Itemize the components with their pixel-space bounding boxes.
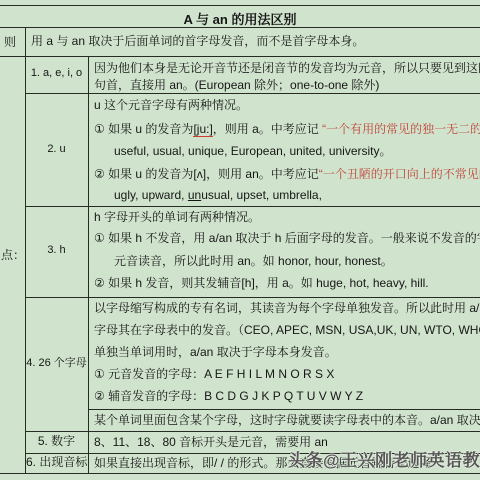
row2-label: 2. u	[26, 142, 87, 157]
row3-intro: h 字母开头的单词有两种情况。	[94, 209, 480, 225]
principle-text: 用 a 与 an 取决于后面单词的首字母发音，而不是首字母本身。	[31, 33, 480, 49]
table-border-row2-bottom	[25, 206, 480, 207]
row4-line1: 以字母缩写构成的专有名词，其读音为每个字母单独发音。所以此时用 a/an 取决于…	[94, 300, 480, 316]
row3-label: 3. h	[26, 243, 87, 258]
row6-label: 6. 出现音标	[26, 455, 87, 470]
row4-consonant-letters: ② 辅音发音的字母：B C D G J K P Q T U V W Y Z	[94, 388, 480, 404]
table-border-top	[0, 5, 480, 6]
row4-line3: 单独当单词用时，a/an 取决于字母本身发音。	[94, 344, 480, 360]
row3-item2: ② 如果 h 发音，则其发辅音[h]，用 a。如 huge, hot, heav…	[94, 275, 480, 291]
row4-line2: 字母其在字母表中的发音。（CEO, APEC, MSN, USA,UK, UN,…	[94, 322, 480, 338]
row4-vowel-letters: ① 元音发音的字母：A E F H I L M N O R S X	[94, 366, 480, 382]
row3-item1-line2: 元音读音，所以此时用 an。如 honor, hour, honest。	[114, 253, 480, 269]
row2-item1-mnemonic: “一个有用的常见的独一无二的欧洲联合大	[322, 122, 480, 136]
row2-words2: ugly, upward, unusual, upset, umbrella,	[114, 187, 480, 203]
table-border-row1-bottom	[25, 93, 480, 94]
row2-item2-pre: ② 如果 u 的发音为[ʌ]，则用 an。中考应记	[94, 167, 319, 181]
row2-item2-mnemonic: “一个丑陋的开口向上的不常见的不开心的雨	[319, 167, 480, 181]
row1-label: 1. a, e, i, o	[26, 66, 87, 81]
study-table-page: A 与 an 的用法区别 则 点： 用 a 与 an 取决于后面单词的首字母发音…	[0, 0, 480, 480]
row2-item2: ② 如果 u 的发音为[ʌ]，则用 an。中考应记“一个丑陋的开口向上的不常见的…	[94, 166, 480, 182]
row2-item1: ① 如果 u 的发音为[ju:]，则用 a。中考应记 “一个有用的常见的独一无二…	[94, 121, 480, 137]
row2-item1-ipa: [ju:]	[193, 122, 212, 137]
row2-item1-mid: ，则用 a。中考应记	[213, 122, 322, 136]
left-column-principle-label: 则	[4, 34, 24, 50]
row2-words2-a: ugly, upward,	[114, 188, 188, 202]
table-border-col2	[88, 56, 89, 473]
table-border-bottom	[0, 473, 480, 474]
row2-words2-underlined: un	[188, 188, 201, 202]
table-border-row4-sub	[88, 409, 480, 410]
table-border-row3-bottom	[25, 297, 480, 298]
row4-label: 4. 26 个字母	[26, 356, 87, 371]
row2-words1: useful, usual, unique, European, united,…	[114, 143, 480, 159]
row2-words2-b: usual, upset, umbrella,	[201, 188, 322, 202]
page-title: A 与 an 的用法区别	[0, 9, 480, 28]
table-border-principle-bottom	[0, 56, 480, 57]
row4-subrow-text: 某个单词里面包含某个字母，这时字母就要读字母表中的本音。a/an 取决于字母本身…	[94, 412, 480, 428]
table-border-row4-bottom	[25, 431, 480, 432]
row1-line2: 句首，直接用 an。(European 除外；one-to-one 除外)	[94, 77, 480, 93]
row2-item1-pre: ① 如果 u 的发音为	[94, 122, 193, 136]
left-column-points-label: 点：	[1, 247, 25, 263]
toutiao-watermark: 头条@王兴刚老师英语教	[288, 446, 480, 471]
row3-item1-line1: ① 如果 h 不发音，用 a/an 取决于 h 后面字母的发音。一般来说不发音的…	[94, 230, 480, 246]
row1-line1: 因为他们本身是无论开音节还是闭音节的发音均为元音，所以只要见到这四个字母位于单	[94, 60, 480, 76]
row5-label: 5. 数字	[26, 434, 87, 449]
row2-intro: u 这个元音字母有两种情况。	[94, 97, 480, 113]
